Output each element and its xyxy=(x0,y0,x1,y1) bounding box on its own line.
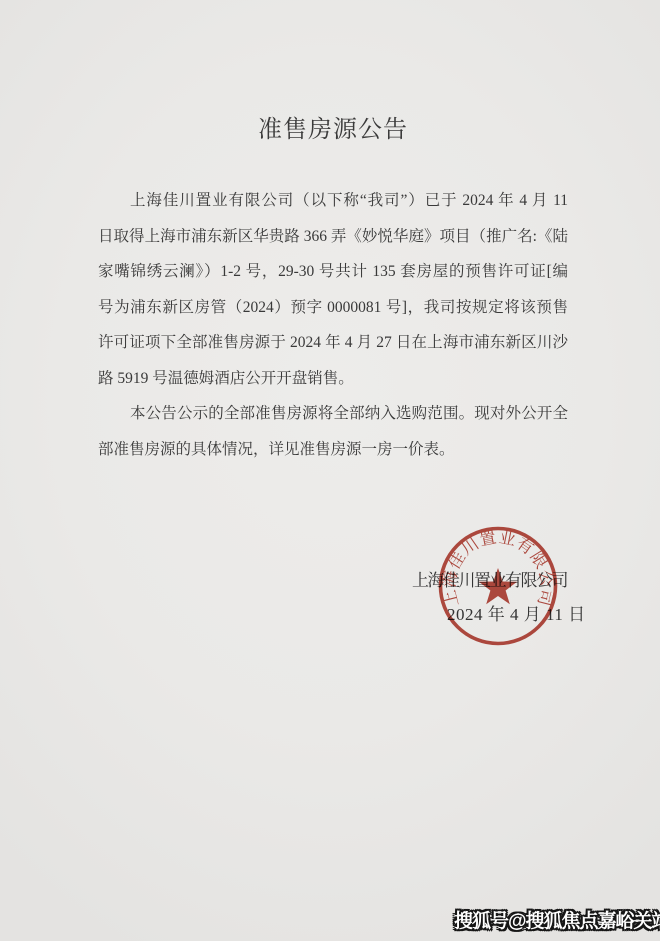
paragraph1-line-1: 上海佳川置业有限公司（以下称“我司”）已于 2024 年 4 月 11 xyxy=(98,183,568,219)
document-body: 上海佳川置业有限公司（以下称“我司”）已于 2024 年 4 月 11 日取得上… xyxy=(98,183,568,467)
document-page: 准售房源公告 上海佳川置业有限公司（以下称“我司”）已于 2024 年 4 月 … xyxy=(0,0,660,941)
watermark-sohu: 搜狐号@搜狐焦点嘉峪关站 xyxy=(454,906,660,933)
seal-star-icon xyxy=(479,568,517,604)
paragraph1-line-6: 路 5919 号温德姆酒店公开开盘销售。 xyxy=(98,361,568,397)
company-seal: 上海佳川置业有限公司 xyxy=(423,511,573,661)
paragraph2-line-2: 部准售房源的具体情况，详见准售房源一房一价表。 xyxy=(98,432,568,468)
paragraph1-line-3: 家嘴锦绣云澜》）1-2 号，29-30 号共计 135 套房屋的预售许可证[编 xyxy=(98,254,568,290)
paragraph2-line-1: 本公告公示的全部准售房源将全部纳入选购范围。现对外公开全 xyxy=(98,396,568,432)
paragraph1-line-2: 日取得上海市浦东新区华贵路 366 弄《妙悦华庭》项目（推广名:《陆 xyxy=(98,219,568,255)
paragraph1-line-4: 号为浦东新区房管（2024）预字 0000081 号]，我司按规定将该预售 xyxy=(98,290,568,326)
paragraph1-line-5: 许可证项下全部准售房源于 2024 年 4 月 27 日在上海市浦东新区川沙 xyxy=(98,325,568,361)
page-title: 准售房源公告 xyxy=(98,109,568,144)
